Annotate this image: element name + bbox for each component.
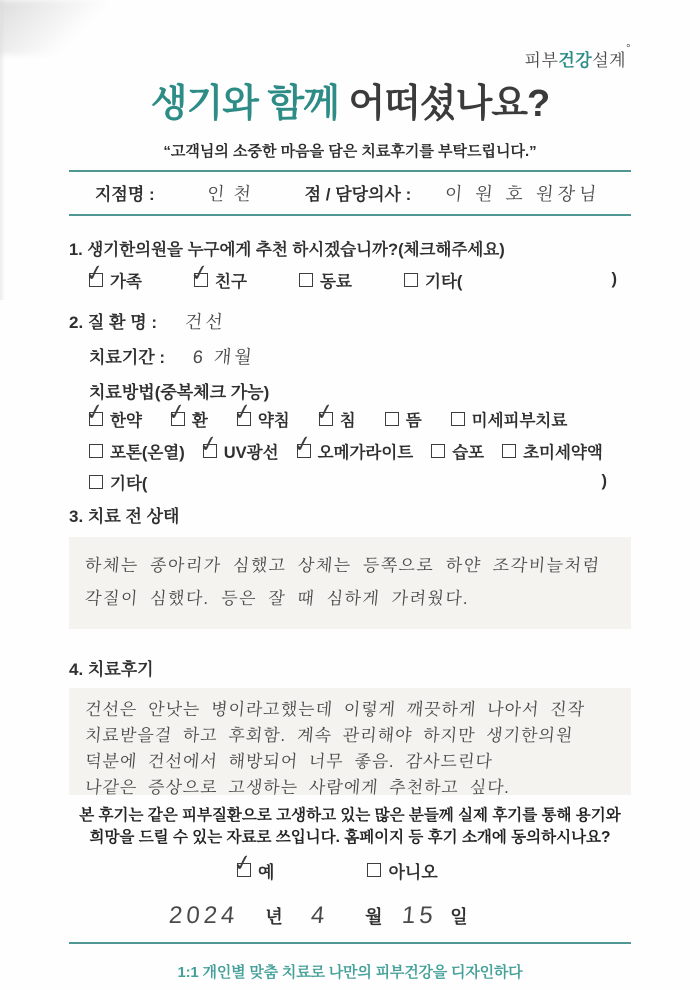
- logo-text-bold: 건강: [558, 51, 592, 70]
- checkbox-label: 초미세약액: [523, 439, 603, 463]
- footer-divider: [69, 942, 631, 944]
- date-year-value: 2024: [168, 902, 240, 930]
- checkbox-label: 습포: [452, 439, 484, 463]
- handwriting-line: 덕분에 건선에서 해방되어 너무 좋음. 감사드린다: [84, 749, 616, 775]
- checkbox-other[interactable]: ✓ 기타( ): [404, 268, 631, 292]
- date-day-value: 15: [400, 902, 437, 930]
- checkbox-label: 기타(: [425, 268, 462, 292]
- checkbox-label: 약침: [258, 407, 290, 431]
- checkbox-square: ✓: [299, 273, 313, 287]
- checkbox-square: ✓: [237, 863, 251, 877]
- page-subtitle: “고객님의 소중한 마음을 담은 치료후기를 부탁드립니다.”: [69, 140, 631, 161]
- checkbox-label: 기타(: [110, 470, 147, 494]
- question3-title: 3. 치료 전 상태: [69, 502, 631, 527]
- checkbox-consent-no[interactable]: ✓ 아니오: [367, 858, 437, 883]
- checkbox-label: UV광선: [224, 439, 279, 463]
- handwriting-line: 하체는 종아리가 심했고 상체는 등쪽으로 하얀 조각비늘처럼: [84, 549, 617, 582]
- footer-tagline: 1:1 개인별 맞춤 치료로 나만의 피부건강을 디자인하다: [69, 961, 631, 982]
- checkbox-square: ✓: [404, 273, 418, 287]
- checkbox-square: ✓: [451, 412, 465, 426]
- check-mark-icon: ✓: [187, 259, 212, 287]
- checkbox-square: ✓: [89, 273, 103, 287]
- question1-options: ✓ 가족 ✓ 친구 ✓ 동료 ✓ 기타( ): [69, 268, 631, 292]
- treatment-period-label: 치료기간 :: [89, 343, 165, 368]
- consent-line1: 본 후기는 같은 피부질환으로 고생하고 있는 많은 분들께 실제 후기를 통해…: [79, 807, 620, 824]
- checkbox-pill[interactable]: ✓ 환: [171, 407, 208, 431]
- title-rest: 어떠셨나요?: [339, 83, 549, 125]
- checkbox-colleague[interactable]: ✓ 동료: [299, 268, 404, 292]
- treatment-period-value: 6 개월: [192, 343, 256, 369]
- checkbox-label: 환: [192, 407, 208, 431]
- checkbox-square: ✓: [237, 412, 251, 426]
- checkbox-square: ✓: [89, 475, 103, 489]
- checkbox-square: ✓: [319, 412, 333, 426]
- checkbox-moxibustion[interactable]: ✓ 뜸: [385, 407, 422, 431]
- scan-edge-shadow: [0, 0, 5, 300]
- question1-title: 1. 생기한의원을 누구에게 추천 하시겠습니까?(체크해주세요): [69, 236, 631, 260]
- checkbox-square: ✓: [89, 444, 103, 458]
- disease-name-value: 건선: [184, 308, 227, 334]
- checkbox-label: 예: [258, 858, 274, 883]
- checkbox-square: ✓: [297, 444, 311, 458]
- checkbox-square: ✓: [171, 412, 185, 426]
- check-mark-icon: ✓: [196, 430, 221, 458]
- doctor-label: 점 / 담당의사 :: [305, 180, 412, 205]
- checkbox-label: 침: [340, 407, 356, 431]
- checkbox-label: 아니오: [388, 858, 437, 883]
- branch-doctor-row: 지점명 : 인 천 점 / 담당의사 : 이 원 호 원장님: [69, 170, 631, 216]
- checkbox-label: 동료: [320, 268, 352, 292]
- handwriting-line: 치료받을걸 하고 후회함. 계속 관리해야 하지만 생기한의원: [84, 723, 616, 749]
- consent-statement: 본 후기는 같은 피부질환으로 고생하고 있는 많은 분들께 실제 후기를 통해…: [69, 805, 631, 849]
- checkbox-photon-heat[interactable]: ✓ 포톤(온열): [89, 439, 185, 463]
- disease-name-row: 2. 질 환 명 : 건선: [69, 308, 631, 334]
- logo-text-suffix: 설계: [592, 51, 626, 70]
- checkbox-label: 미세피부치료: [472, 407, 568, 431]
- treatment-period-row: 치료기간 : 6 개월: [69, 343, 631, 369]
- survey-form-page: 피부건강설계° 생기와 함께 어떠셨나요? “고객님의 소중한 마음을 담은 치…: [69, 0, 631, 982]
- branch-name-label: 지점명 :: [95, 180, 155, 205]
- logo-degree-icon: °: [626, 43, 631, 55]
- checkbox-square: ✓: [203, 444, 217, 458]
- checkbox-label: 포톤(온열): [110, 439, 185, 463]
- checkbox-wet-compress[interactable]: ✓ 습포: [431, 439, 484, 463]
- checkbox-pharmacopuncture[interactable]: ✓ 약침: [237, 407, 290, 431]
- question4-title: 4. 치료후기: [69, 655, 631, 680]
- date-year-unit: 년: [265, 903, 282, 929]
- pre-treatment-writing-area: 하체는 종아리가 심했고 상체는 등쪽으로 하얀 조각비늘처럼 각질이 심했다.…: [69, 537, 631, 629]
- title-accent: 생기와 함께: [151, 83, 339, 125]
- date-row: 2024 년 4 월 15 일: [69, 902, 631, 930]
- date-month-value: 4: [310, 902, 330, 930]
- checkbox-square: ✓: [89, 412, 103, 426]
- handwriting-line: 나같은 증상으로 고생하는 사람에게 추천하고 싶다.: [84, 775, 616, 801]
- checkbox-square: ✓: [367, 863, 381, 877]
- consent-line2: 희망을 드릴 수 있는 자료로 쓰입니다. 홈페이지 등 후기 소개에 동의하시…: [89, 829, 610, 846]
- checkbox-friend[interactable]: ✓ 친구: [194, 268, 299, 292]
- consent-options: ✓ 예 ✓ 아니오: [69, 858, 631, 883]
- checkbox-square: ✓: [194, 273, 208, 287]
- treatment-methods-etc-row: ✓ 기타( ): [69, 470, 631, 494]
- check-mark-icon: ✓: [290, 430, 315, 458]
- treatment-methods-row1: ✓ 한약 ✓ 환 ✓ 약침 ✓ 침 ✓ 뜸 ✓ 미세피부치료: [69, 407, 631, 431]
- disease-name-label: 2. 질 환 명 :: [69, 308, 157, 333]
- check-mark-icon: ✓: [230, 849, 255, 877]
- checkbox-herbal-medicine[interactable]: ✓ 한약: [89, 407, 142, 431]
- doctor-value: 이 원 호 원장님: [444, 180, 602, 206]
- checkbox-label: 한약: [110, 407, 142, 431]
- branch-name-value: 인 천: [154, 180, 306, 206]
- checkbox-label: 가족: [110, 268, 142, 292]
- treatment-methods-row2: ✓ 포톤(온열) ✓ UV광선 ✓ 오메가라이트 ✓ 습포 ✓ 초미세약액: [69, 439, 631, 463]
- checkbox-square: ✓: [502, 444, 516, 458]
- checkbox-square: ✓: [385, 412, 399, 426]
- treatment-methods-label: 치료방법(중복체크 가능): [69, 378, 631, 403]
- check-mark-icon: ✓: [82, 259, 107, 287]
- review-writing-area: 건선은 안낫는 병이라고했는데 이렇게 깨끗하게 나아서 진작 치료받을걸 하고…: [69, 688, 631, 795]
- checkbox-acupuncture[interactable]: ✓ 침: [319, 407, 356, 431]
- checkbox-label: 오메가라이트: [318, 439, 414, 463]
- checkbox-label: 친구: [215, 268, 247, 292]
- other-close-paren: ): [602, 472, 608, 491]
- checkbox-ultrafine-solution[interactable]: ✓ 초미세약액: [502, 439, 603, 463]
- checkbox-square: ✓: [431, 444, 445, 458]
- handwriting-line: 건선은 안낫는 병이라고했는데 이렇게 깨끗하게 나아서 진작: [84, 697, 616, 723]
- date-day-unit: 일: [450, 903, 467, 929]
- checkbox-label: 뜸: [406, 407, 422, 431]
- checkbox-consent-yes[interactable]: ✓ 예: [237, 858, 274, 883]
- page-title: 생기와 함께 어떠셨나요?: [69, 83, 631, 127]
- checkbox-method-other[interactable]: ✓ 기타(: [89, 470, 147, 494]
- handwriting-line: 각질이 심했다. 등은 잘 때 심하게 가려웠다.: [84, 582, 617, 615]
- checkbox-family[interactable]: ✓ 가족: [89, 268, 194, 292]
- checkbox-uv-light[interactable]: ✓ UV광선: [203, 439, 279, 463]
- brand-logo: 피부건강설계°: [69, 0, 631, 71]
- date-month-unit: 월: [365, 903, 382, 929]
- logo-text-prefix: 피부: [525, 51, 559, 70]
- checkbox-omega-light[interactable]: ✓ 오메가라이트: [297, 439, 414, 463]
- checkbox-micro-skin-treatment[interactable]: ✓ 미세피부치료: [451, 407, 568, 431]
- other-close-paren: ): [612, 270, 618, 289]
